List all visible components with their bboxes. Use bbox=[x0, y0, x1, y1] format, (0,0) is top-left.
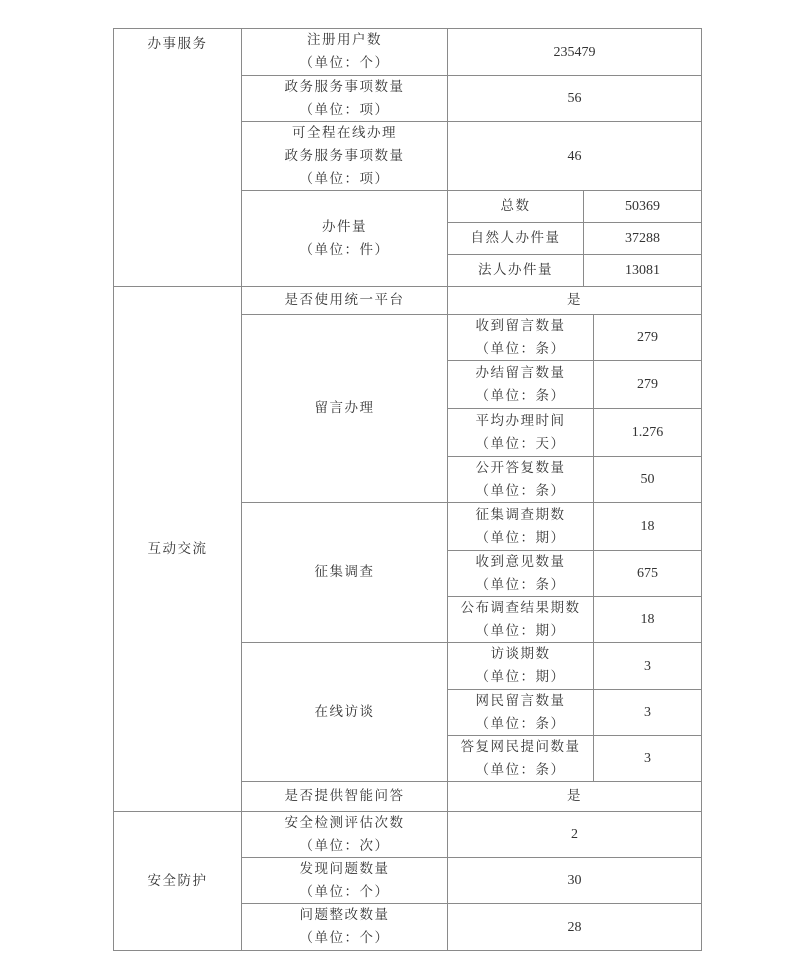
unified-platform-value: 是 bbox=[447, 286, 702, 315]
survey-results-value: 18 bbox=[593, 596, 702, 643]
label-text: 法人办件量 bbox=[478, 259, 553, 282]
unit-text: （单位：个） bbox=[300, 881, 390, 904]
label-text: 公开答复数量 bbox=[476, 457, 566, 480]
service-items-label: 政务服务事项数量（单位：项） bbox=[241, 75, 448, 122]
section-security-title: 安全防护 bbox=[113, 811, 242, 951]
value-text: 13081 bbox=[625, 259, 660, 282]
value-text: 30 bbox=[568, 869, 582, 892]
section-interaction-title: 互动交流 bbox=[113, 286, 242, 812]
label-text: 公布调查结果期数 bbox=[461, 597, 581, 620]
messages-closed-value: 279 bbox=[593, 360, 702, 409]
label-text: 征集调查 bbox=[315, 561, 375, 584]
value-text: 279 bbox=[637, 326, 658, 349]
unit-text: （单位：项） bbox=[300, 99, 390, 122]
section-service-title: 办事服务 bbox=[113, 28, 242, 287]
online-items-label: 可全程在线办理政务服务事项数量（单位：项） bbox=[241, 121, 448, 191]
service-items-value: 56 bbox=[447, 75, 702, 122]
value-text: 46 bbox=[568, 145, 582, 168]
label-text: 网民留言数量 bbox=[476, 690, 566, 713]
value-text: 2 bbox=[571, 823, 578, 846]
unit-text: （单位：期） bbox=[476, 620, 566, 643]
unit-text: （单位：件） bbox=[300, 239, 390, 262]
online-items-value: 46 bbox=[447, 121, 702, 191]
cases-legal-label: 法人办件量 bbox=[447, 254, 584, 287]
section-title-text: 互动交流 bbox=[148, 538, 208, 561]
value-text: 18 bbox=[641, 608, 655, 631]
unit-text: （单位：条） bbox=[476, 385, 566, 408]
value-text: 235479 bbox=[554, 41, 596, 64]
label-text: 访谈期数 bbox=[491, 643, 551, 666]
label-text: 答复网民提问数量 bbox=[461, 736, 581, 759]
value-text: 28 bbox=[568, 916, 582, 939]
registered-users-value: 235479 bbox=[447, 28, 702, 76]
label-text: 平均办理时间 bbox=[476, 410, 566, 433]
unit-text: （单位：期） bbox=[476, 666, 566, 689]
cases-total-label: 总数 bbox=[447, 190, 584, 223]
label-text: 注册用户数 bbox=[307, 29, 382, 52]
issues-found-label: 发现问题数量（单位：个） bbox=[241, 857, 448, 904]
label-text: 收到意见数量 bbox=[476, 551, 566, 574]
value-text: 1.276 bbox=[632, 421, 664, 444]
value-text: 50 bbox=[641, 468, 655, 491]
messages-avg-time-value: 1.276 bbox=[593, 408, 702, 457]
survey-periods-label: 征集调查期数（单位：期） bbox=[447, 502, 594, 551]
unit-text: （单位：期） bbox=[476, 527, 566, 550]
label-text: 收到留言数量 bbox=[476, 315, 566, 338]
value-text: 是 bbox=[567, 289, 582, 312]
unit-text: （单位：条） bbox=[476, 713, 566, 736]
value-text: 50369 bbox=[625, 195, 660, 218]
interview-messages-value: 3 bbox=[593, 689, 702, 736]
unit-text: （单位：条） bbox=[476, 759, 566, 782]
survey-opinions-value: 675 bbox=[593, 550, 702, 597]
label-text: 安全检测评估次数 bbox=[285, 812, 405, 835]
label-text: 征集调查期数 bbox=[476, 504, 566, 527]
label-text: 是否使用统一平台 bbox=[285, 289, 405, 312]
survey-results-label: 公布调查结果期数（单位：期） bbox=[447, 596, 594, 643]
interview-replies-label: 答复网民提问数量（单位：条） bbox=[447, 735, 594, 782]
smart-qa-label: 是否提供智能问答 bbox=[241, 781, 448, 812]
unit-text: （单位：条） bbox=[476, 338, 566, 361]
value-text: 是 bbox=[567, 785, 582, 808]
cases-natural-label: 自然人办件量 bbox=[447, 222, 584, 255]
label-text: 留言办理 bbox=[315, 397, 375, 420]
unit-text: （单位：项） bbox=[300, 168, 390, 191]
unit-text: （单位：个） bbox=[300, 927, 390, 950]
interview-replies-value: 3 bbox=[593, 735, 702, 782]
interview-messages-label: 网民留言数量（单位：条） bbox=[447, 689, 594, 736]
messages-label: 留言办理 bbox=[241, 314, 448, 503]
value-text: 3 bbox=[644, 747, 651, 770]
label-text: 自然人办件量 bbox=[471, 227, 561, 250]
issues-found-value: 30 bbox=[447, 857, 702, 904]
label-text: 问题整改数量 bbox=[300, 904, 390, 927]
label-text: 政务服务事项数量 bbox=[285, 76, 405, 99]
cases-total-value: 50369 bbox=[583, 190, 702, 223]
label-text: 发现问题数量 bbox=[300, 858, 390, 881]
interview-periods-label: 访谈期数（单位：期） bbox=[447, 642, 594, 690]
unit-text: （单位：条） bbox=[476, 574, 566, 597]
interview-periods-value: 3 bbox=[593, 642, 702, 690]
smart-qa-value: 是 bbox=[447, 781, 702, 812]
registered-users-label: 注册用户数（单位：个） bbox=[241, 28, 448, 76]
value-text: 18 bbox=[641, 515, 655, 538]
unified-platform-label: 是否使用统一平台 bbox=[241, 286, 448, 315]
value-text: 3 bbox=[644, 701, 651, 724]
unit-text: （单位：天） bbox=[476, 433, 566, 456]
cases-legal-value: 13081 bbox=[583, 254, 702, 287]
cases-label: 办件量（单位：件） bbox=[241, 190, 448, 287]
label-text: 办结留言数量 bbox=[476, 362, 566, 385]
value-text: 3 bbox=[644, 655, 651, 678]
messages-public-reply-label: 公开答复数量（单位：条） bbox=[447, 456, 594, 503]
survey-opinions-label: 收到意见数量（单位：条） bbox=[447, 550, 594, 597]
security-checks-value: 2 bbox=[447, 811, 702, 858]
label-text: 可全程在线办理 bbox=[292, 122, 397, 145]
section-title-text: 办事服务 bbox=[148, 33, 208, 56]
survey-label: 征集调查 bbox=[241, 502, 448, 643]
section-title-text: 安全防护 bbox=[148, 870, 208, 893]
cases-natural-value: 37288 bbox=[583, 222, 702, 255]
messages-avg-time-label: 平均办理时间（单位：天） bbox=[447, 408, 594, 457]
security-checks-label: 安全检测评估次数（单位：次） bbox=[241, 811, 448, 858]
issues-fixed-label: 问题整改数量（单位：个） bbox=[241, 903, 448, 951]
messages-received-label: 收到留言数量（单位：条） bbox=[447, 314, 594, 361]
label-text: 政务服务事项数量 bbox=[285, 145, 405, 168]
unit-text: （单位：条） bbox=[476, 480, 566, 503]
value-text: 56 bbox=[568, 87, 582, 110]
value-text: 675 bbox=[637, 562, 658, 585]
messages-received-value: 279 bbox=[593, 314, 702, 361]
label-text: 是否提供智能问答 bbox=[285, 785, 405, 808]
label-text: 在线访谈 bbox=[315, 701, 375, 724]
messages-closed-label: 办结留言数量（单位：条） bbox=[447, 360, 594, 409]
label-text: 总数 bbox=[501, 195, 531, 218]
issues-fixed-value: 28 bbox=[447, 903, 702, 951]
unit-text: （单位：次） bbox=[300, 835, 390, 858]
messages-public-reply-value: 50 bbox=[593, 456, 702, 503]
interview-label: 在线访谈 bbox=[241, 642, 448, 782]
value-text: 279 bbox=[637, 373, 658, 396]
label-text: 办件量 bbox=[322, 216, 367, 239]
value-text: 37288 bbox=[625, 227, 660, 250]
survey-periods-value: 18 bbox=[593, 502, 702, 551]
unit-text: （单位：个） bbox=[300, 52, 390, 75]
